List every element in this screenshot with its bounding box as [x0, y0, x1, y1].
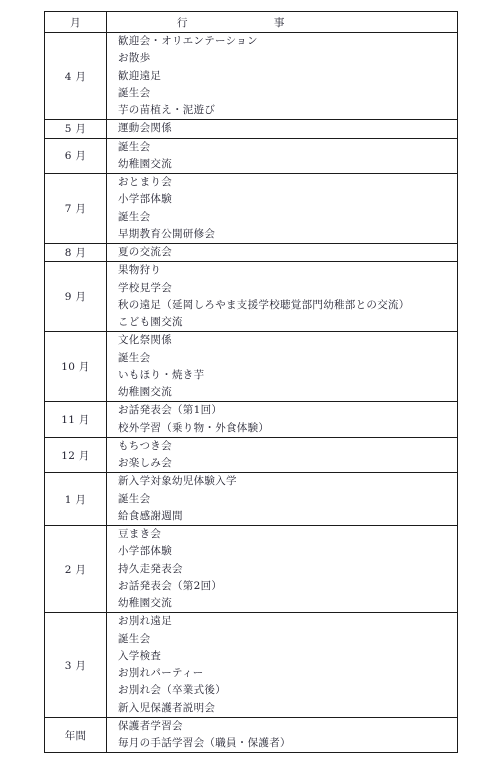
events-cell: 豆まき会小学部体験持久走発表会お話発表会（第2回）幼稚園交流 — [107, 526, 458, 613]
event-line: 小学部体験 — [107, 543, 457, 560]
month-cell: 2 月 — [45, 526, 107, 613]
events-cell: お別れ遠足誕生会入学検査お別れパーティーお別れ会（卒業式後）新入児保護者説明会 — [107, 613, 458, 718]
events-cell: 誕生会幼稚園交流 — [107, 138, 458, 174]
table-body: 4 月歓迎会・オリエンテーションお散歩歓迎遠足誕生会芋の苗植え・泥遊び5 月運動… — [45, 33, 458, 753]
table-row: 11 月お話発表会（第1回）校外学習（乗り物・外食体験） — [45, 402, 458, 438]
table-row: 4 月歓迎会・オリエンテーションお散歩歓迎遠足誕生会芋の苗植え・泥遊び — [45, 33, 458, 120]
event-line: 幼稚園交流 — [107, 156, 457, 173]
table-row: 9 月果物狩り学校見学会秋の遠足（延岡しろやま支援学校聴覚部門幼稚部との交流）こ… — [45, 262, 458, 332]
event-line: お楽しみ会 — [107, 455, 457, 472]
annual-events-table: 月 行 事 4 月歓迎会・オリエンテーションお散歩歓迎遠足誕生会芋の苗植え・泥遊… — [44, 11, 458, 753]
event-line: 校外学習（乗り物・外食体験） — [107, 420, 457, 437]
header-row: 月 行 事 — [45, 12, 458, 33]
table-row: 10 月文化祭関係誕生会いもほり・焼き芋幼稚園交流 — [45, 332, 458, 402]
table-row: 1 月新入学対象幼児体験入学誕生会給食感謝週間 — [45, 473, 458, 526]
event-line: いもほり・焼き芋 — [107, 367, 457, 384]
event-line: お話発表会（第2回） — [107, 578, 457, 595]
table-row: 8 月夏の交流会 — [45, 244, 458, 262]
events-header-char-left: 行 — [177, 15, 188, 30]
month-cell: 5 月 — [45, 120, 107, 138]
table-row: 3 月お別れ遠足誕生会入学検査お別れパーティーお別れ会（卒業式後）新入児保護者説… — [45, 613, 458, 718]
event-line: 誕生会 — [107, 209, 457, 226]
table-row: 2 月豆まき会小学部体験持久走発表会お話発表会（第2回）幼稚園交流 — [45, 526, 458, 613]
events-cell: 保護者学習会毎月の手話学習会（職員・保護者） — [107, 717, 458, 753]
events-column-header: 行 事 — [107, 12, 458, 33]
month-cell: 6 月 — [45, 138, 107, 174]
event-line: 芋の苗植え・泥遊び — [107, 102, 457, 119]
table-row: 7 月おとまり会小学部体験誕生会早期教育公開研修会 — [45, 174, 458, 244]
events-cell: 新入学対象幼児体験入学誕生会給食感謝週間 — [107, 473, 458, 526]
month-cell: 8 月 — [45, 244, 107, 262]
event-line: 誕生会 — [107, 85, 457, 102]
event-line: 新入学対象幼児体験入学 — [107, 473, 457, 490]
month-cell: 4 月 — [45, 33, 107, 120]
event-line: 秋の遠足（延岡しろやま支援学校聴覚部門幼稚部との交流） — [107, 297, 457, 314]
month-cell: 9 月 — [45, 262, 107, 332]
event-line: 入学検査 — [107, 648, 457, 665]
month-cell: 年間 — [45, 717, 107, 753]
event-line: 持久走発表会 — [107, 561, 457, 578]
month-column-header: 月 — [45, 12, 107, 33]
event-line: 運動会関係 — [107, 120, 457, 137]
event-line: 歓迎遠足 — [107, 68, 457, 85]
event-line: 歓迎会・オリエンテーション — [107, 33, 457, 50]
table-row: 12 月もちつき会お楽しみ会 — [45, 437, 458, 473]
events-cell: お話発表会（第1回）校外学習（乗り物・外食体験） — [107, 402, 458, 438]
event-line: お別れ会（卒業式後） — [107, 682, 457, 699]
event-line: 給食感謝週間 — [107, 508, 457, 525]
table-row: 5 月運動会関係 — [45, 120, 458, 138]
event-line: 誕生会 — [107, 491, 457, 508]
document-page: 月 行 事 4 月歓迎会・オリエンテーションお散歩歓迎遠足誕生会芋の苗植え・泥遊… — [0, 0, 490, 768]
event-line: 夏の交流会 — [107, 244, 457, 261]
event-line: 誕生会 — [107, 631, 457, 648]
event-line: おとまり会 — [107, 174, 457, 191]
event-line: 新入児保護者説明会 — [107, 700, 457, 717]
event-line: 誕生会 — [107, 350, 457, 367]
events-cell: 運動会関係 — [107, 120, 458, 138]
event-line: 誕生会 — [107, 139, 457, 156]
event-line: お別れパーティー — [107, 665, 457, 682]
event-line: 文化祭関係 — [107, 332, 457, 349]
events-cell: 歓迎会・オリエンテーションお散歩歓迎遠足誕生会芋の苗植え・泥遊び — [107, 33, 458, 120]
table-row: 6 月誕生会幼稚園交流 — [45, 138, 458, 174]
events-column-header-text: 行 事 — [107, 15, 457, 30]
month-cell: 11 月 — [45, 402, 107, 438]
event-line: 果物狩り — [107, 262, 457, 279]
month-cell: 3 月 — [45, 613, 107, 718]
event-line: お別れ遠足 — [107, 613, 457, 630]
event-line: 毎月の手話学習会（職員・保護者） — [107, 735, 457, 752]
event-line: こども園交流 — [107, 314, 457, 331]
event-line: 幼稚園交流 — [107, 384, 457, 401]
month-cell: 10 月 — [45, 332, 107, 402]
month-cell: 12 月 — [45, 437, 107, 473]
event-line: 保護者学習会 — [107, 718, 457, 735]
table-row: 年間保護者学習会毎月の手話学習会（職員・保護者） — [45, 717, 458, 753]
events-cell: 夏の交流会 — [107, 244, 458, 262]
events-header-char-right: 事 — [274, 15, 285, 30]
events-cell: 文化祭関係誕生会いもほり・焼き芋幼稚園交流 — [107, 332, 458, 402]
event-line: お散歩 — [107, 50, 457, 67]
events-cell: もちつき会お楽しみ会 — [107, 437, 458, 473]
event-line: 小学部体験 — [107, 191, 457, 208]
month-cell: 7 月 — [45, 174, 107, 244]
event-line: 幼稚園交流 — [107, 595, 457, 612]
event-line: 豆まき会 — [107, 526, 457, 543]
table-header: 月 行 事 — [45, 12, 458, 33]
event-line: もちつき会 — [107, 438, 457, 455]
event-line: 学校見学会 — [107, 280, 457, 297]
event-line: 早期教育公開研修会 — [107, 226, 457, 243]
event-line: お話発表会（第1回） — [107, 402, 457, 419]
month-cell: 1 月 — [45, 473, 107, 526]
events-cell: 果物狩り学校見学会秋の遠足（延岡しろやま支援学校聴覚部門幼稚部との交流）こども園… — [107, 262, 458, 332]
events-cell: おとまり会小学部体験誕生会早期教育公開研修会 — [107, 174, 458, 244]
